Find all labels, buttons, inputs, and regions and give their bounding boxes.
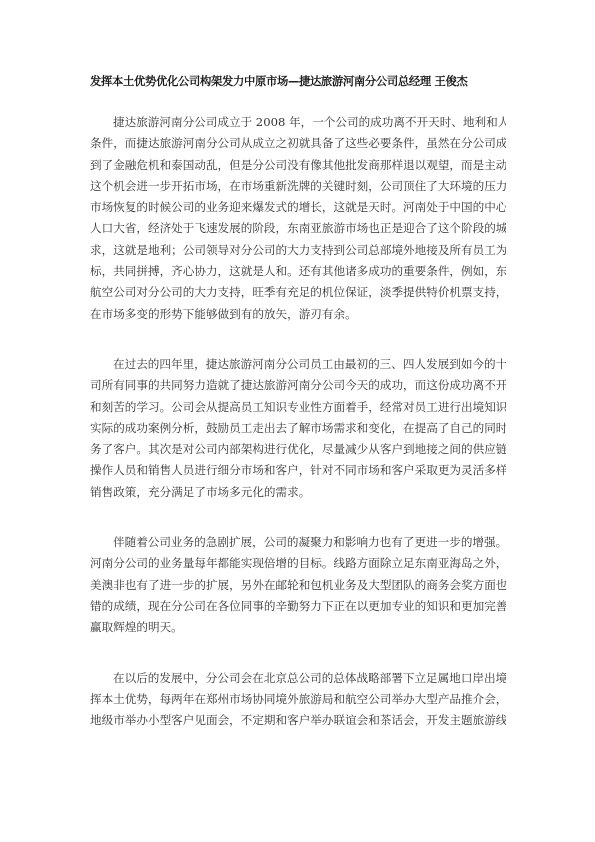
paragraph-line: 人口大省，经济处于飞速发展的阶段，东南亚旅游市场也正是迎合了这个阶段的城市发展需 [90, 218, 506, 239]
paragraph-line: 实际的成功案例分析，鼓励员工走出去了解市场需求和变化，在提高了自己的同时更好的服 [90, 418, 506, 439]
paragraph-line: 这个机会进一步开拓市场，在市场重新洗牌的关键时刻，公司顶住了大环境的压力，所以在 [90, 176, 506, 197]
paragraph-line: 司所有同事的共同努力造就了捷达旅游河南分公司今天的成功，而这份成功离不开员工专心 [90, 375, 506, 396]
paragraph-line: 操作人员和销售人员进行细分市场和客户，针对不同市场和客户采取更为灵活多样的操作和 [90, 460, 506, 481]
paragraph-line: 地级市举办小型客户见面会，不定期和客户举办联谊会和茶话会，开发主题旅游线路，做好 [90, 710, 506, 731]
paragraph-line: 河南分公司的业务量每年都能实现倍增的目标。线路方面除立足东南亚海岛之外，日韩和欧 [90, 553, 506, 574]
paragraph-1: 捷达旅游河南分公司成立于 2008 年，一个公司的成功离不开天时、地利和人和的诸… [90, 112, 506, 325]
paragraph-line: 在以后的发展中，分公司会在北京总公司的总体战略部署下立足属地口岸出境市场，发 [90, 668, 506, 689]
paragraph-line: 捷达旅游河南分公司成立于 2008 年，一个公司的成功离不开天时、地利和人和的诸… [90, 112, 506, 133]
paragraph-line: 挥本土优势，每两年在郑州市场协同境外旅游局和航空公司举办大型产品推介会，并定期在 [90, 689, 506, 710]
paragraph-4: 在以后的发展中，分公司会在北京总公司的总体战略部署下立足属地口岸出境市场，发 挥… [90, 668, 506, 732]
paragraph-line: 到了金融危机和泰国动乱，但是分公司没有像其他批发商那样退以观望，而是主动出击抓住 [90, 155, 506, 176]
paragraph-line: 销售政策，充分满足了市场多元化的需求。 [90, 482, 506, 503]
paragraph-line: 市场恢复的时候公司的业务迎来爆发式的增长，这就是天时。河南处于中国的中心，而且是 [90, 197, 506, 218]
paragraph-line: 和刻苦的学习。公司会从提高员工知识专业性方面着手，经常对员工进行出境知识的培训， [90, 397, 506, 418]
document-title: 发挥本土优势优化公司构架发力中原市场—捷达旅游河南分公司总经理 王俊杰 [90, 74, 506, 90]
paragraph-line: 错的成绩，现在分公司在各位同事的辛勤努力下正在以更加专业的知识和更加完善的服务来 [90, 596, 506, 617]
paragraph-line: 赢取辉煌的明天。 [90, 617, 506, 638]
paragraph-line: 航空公司对分公司的大力支持，旺季有充足的机位保证，淡季提供特价机票支持，让分公司 [90, 282, 506, 303]
document-page: 发挥本土优势优化公司构架发力中原市场—捷达旅游河南分公司总经理 王俊杰 捷达旅游… [90, 74, 506, 760]
paragraph-line: 伴随着公司业务的急剧扩展，公司的凝聚力和影响力也有了更进一步的增强。四年来， [90, 532, 506, 553]
paragraph-2: 在过去的四年里，捷达旅游河南分公司员工由最初的三、四人发展到如今的十余人。公 司… [90, 354, 506, 503]
paragraph-line: 条件，而捷达旅游河南分公司从成立之初就具备了这些必要条件，虽然在分公司成立之初遇 [90, 133, 506, 154]
paragraph-line: 在过去的四年里，捷达旅游河南分公司员工由最初的三、四人发展到如今的十余人。公 [90, 354, 506, 375]
paragraph-line: 求，这就是地利；公司领导对分公司的大力支持到公司总部境外地接及所有员工为了一个目 [90, 240, 506, 261]
paragraph-line: 标，共同拼搏，齐心协力，这就是人和。还有其他诸多成功的重要条件，例如，东航等各大 [90, 261, 506, 282]
paragraph-line: 务了客户。其次是对公司内部架构进行优化，尽量减少从客户到地接之间的供应链，同时对 [90, 439, 506, 460]
paragraph-3: 伴随着公司业务的急剧扩展，公司的凝聚力和影响力也有了更进一步的增强。四年来， 河… [90, 532, 506, 638]
paragraph-line: 在市场多变的形势下能够做到有的放矢，游刃有余。 [90, 304, 506, 325]
paragraph-line: 美澳非也有了进一步的扩展，另外在邮轮和包机业务及大型团队的商务会奖方面也取得了不 [90, 575, 506, 596]
